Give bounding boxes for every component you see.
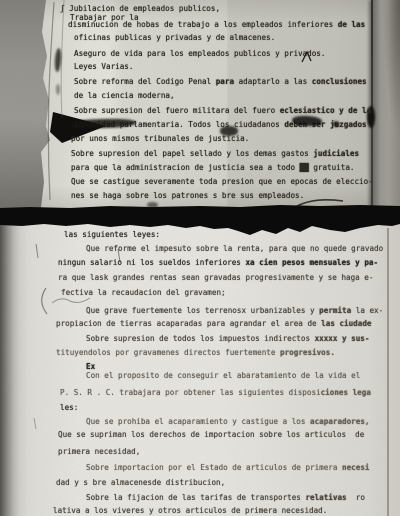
document-photo: ʃ Jubilacion de empleados publicos,Traba…: [0, 0, 400, 516]
ink-smudge: [333, 121, 339, 127]
typewritten-line: Que se supriman los derechos de importac…: [58, 430, 364, 439]
typewritten-line: primera necesidad,: [58, 447, 140, 456]
typewritten-line: Que grave fuertemente los terrenosx urba…: [86, 306, 383, 315]
typewritten-text-bottom: las siguientes leyes:Que reforme el impe…: [0, 0, 400, 516]
typewritten-line: dad y s bre almacenesde distribucion,: [56, 478, 225, 487]
typewritten-line: ra que lask grandes rentas sean gravadas…: [58, 273, 373, 282]
typewritten-line: lativa a los viveres y otros articulos d…: [53, 506, 327, 515]
typewritten-line: Con el proposito de conseguir el abarata…: [86, 371, 360, 380]
typewritten-line: les:: [60, 403, 78, 412]
typewritten-line: fectiva la recaudacion del gravamen;: [61, 288, 226, 297]
typewritten-line: Sobre la fijacion de las tarifas de tran…: [86, 493, 365, 502]
ink-smudge: [147, 202, 158, 208]
typewritten-line: propiacion de tierras acaparadas para ag…: [56, 319, 371, 328]
typewritten-line: Sobre importacion por el Estado de artic…: [86, 463, 369, 472]
typewritten-line: tituyendolos por gravamenes directos fue…: [56, 348, 335, 357]
typewritten-line: Ex: [86, 362, 95, 371]
typewritten-line: Que reforme el impesuto sobre la renta, …: [86, 244, 383, 253]
typewritten-line: ningun salario ni los sueldos inferiores…: [58, 258, 378, 267]
typewritten-line: P. S. R . C. trabajara por obtener las s…: [60, 388, 371, 397]
typewritten-line: Que se prohiba el acaparamiento y castig…: [86, 417, 369, 426]
typewritten-line: Sobre supresion de todos los impuestos i…: [86, 334, 369, 343]
ink-smudge: [220, 126, 238, 136]
typewritten-line: las siguientes leyes:: [64, 230, 160, 239]
